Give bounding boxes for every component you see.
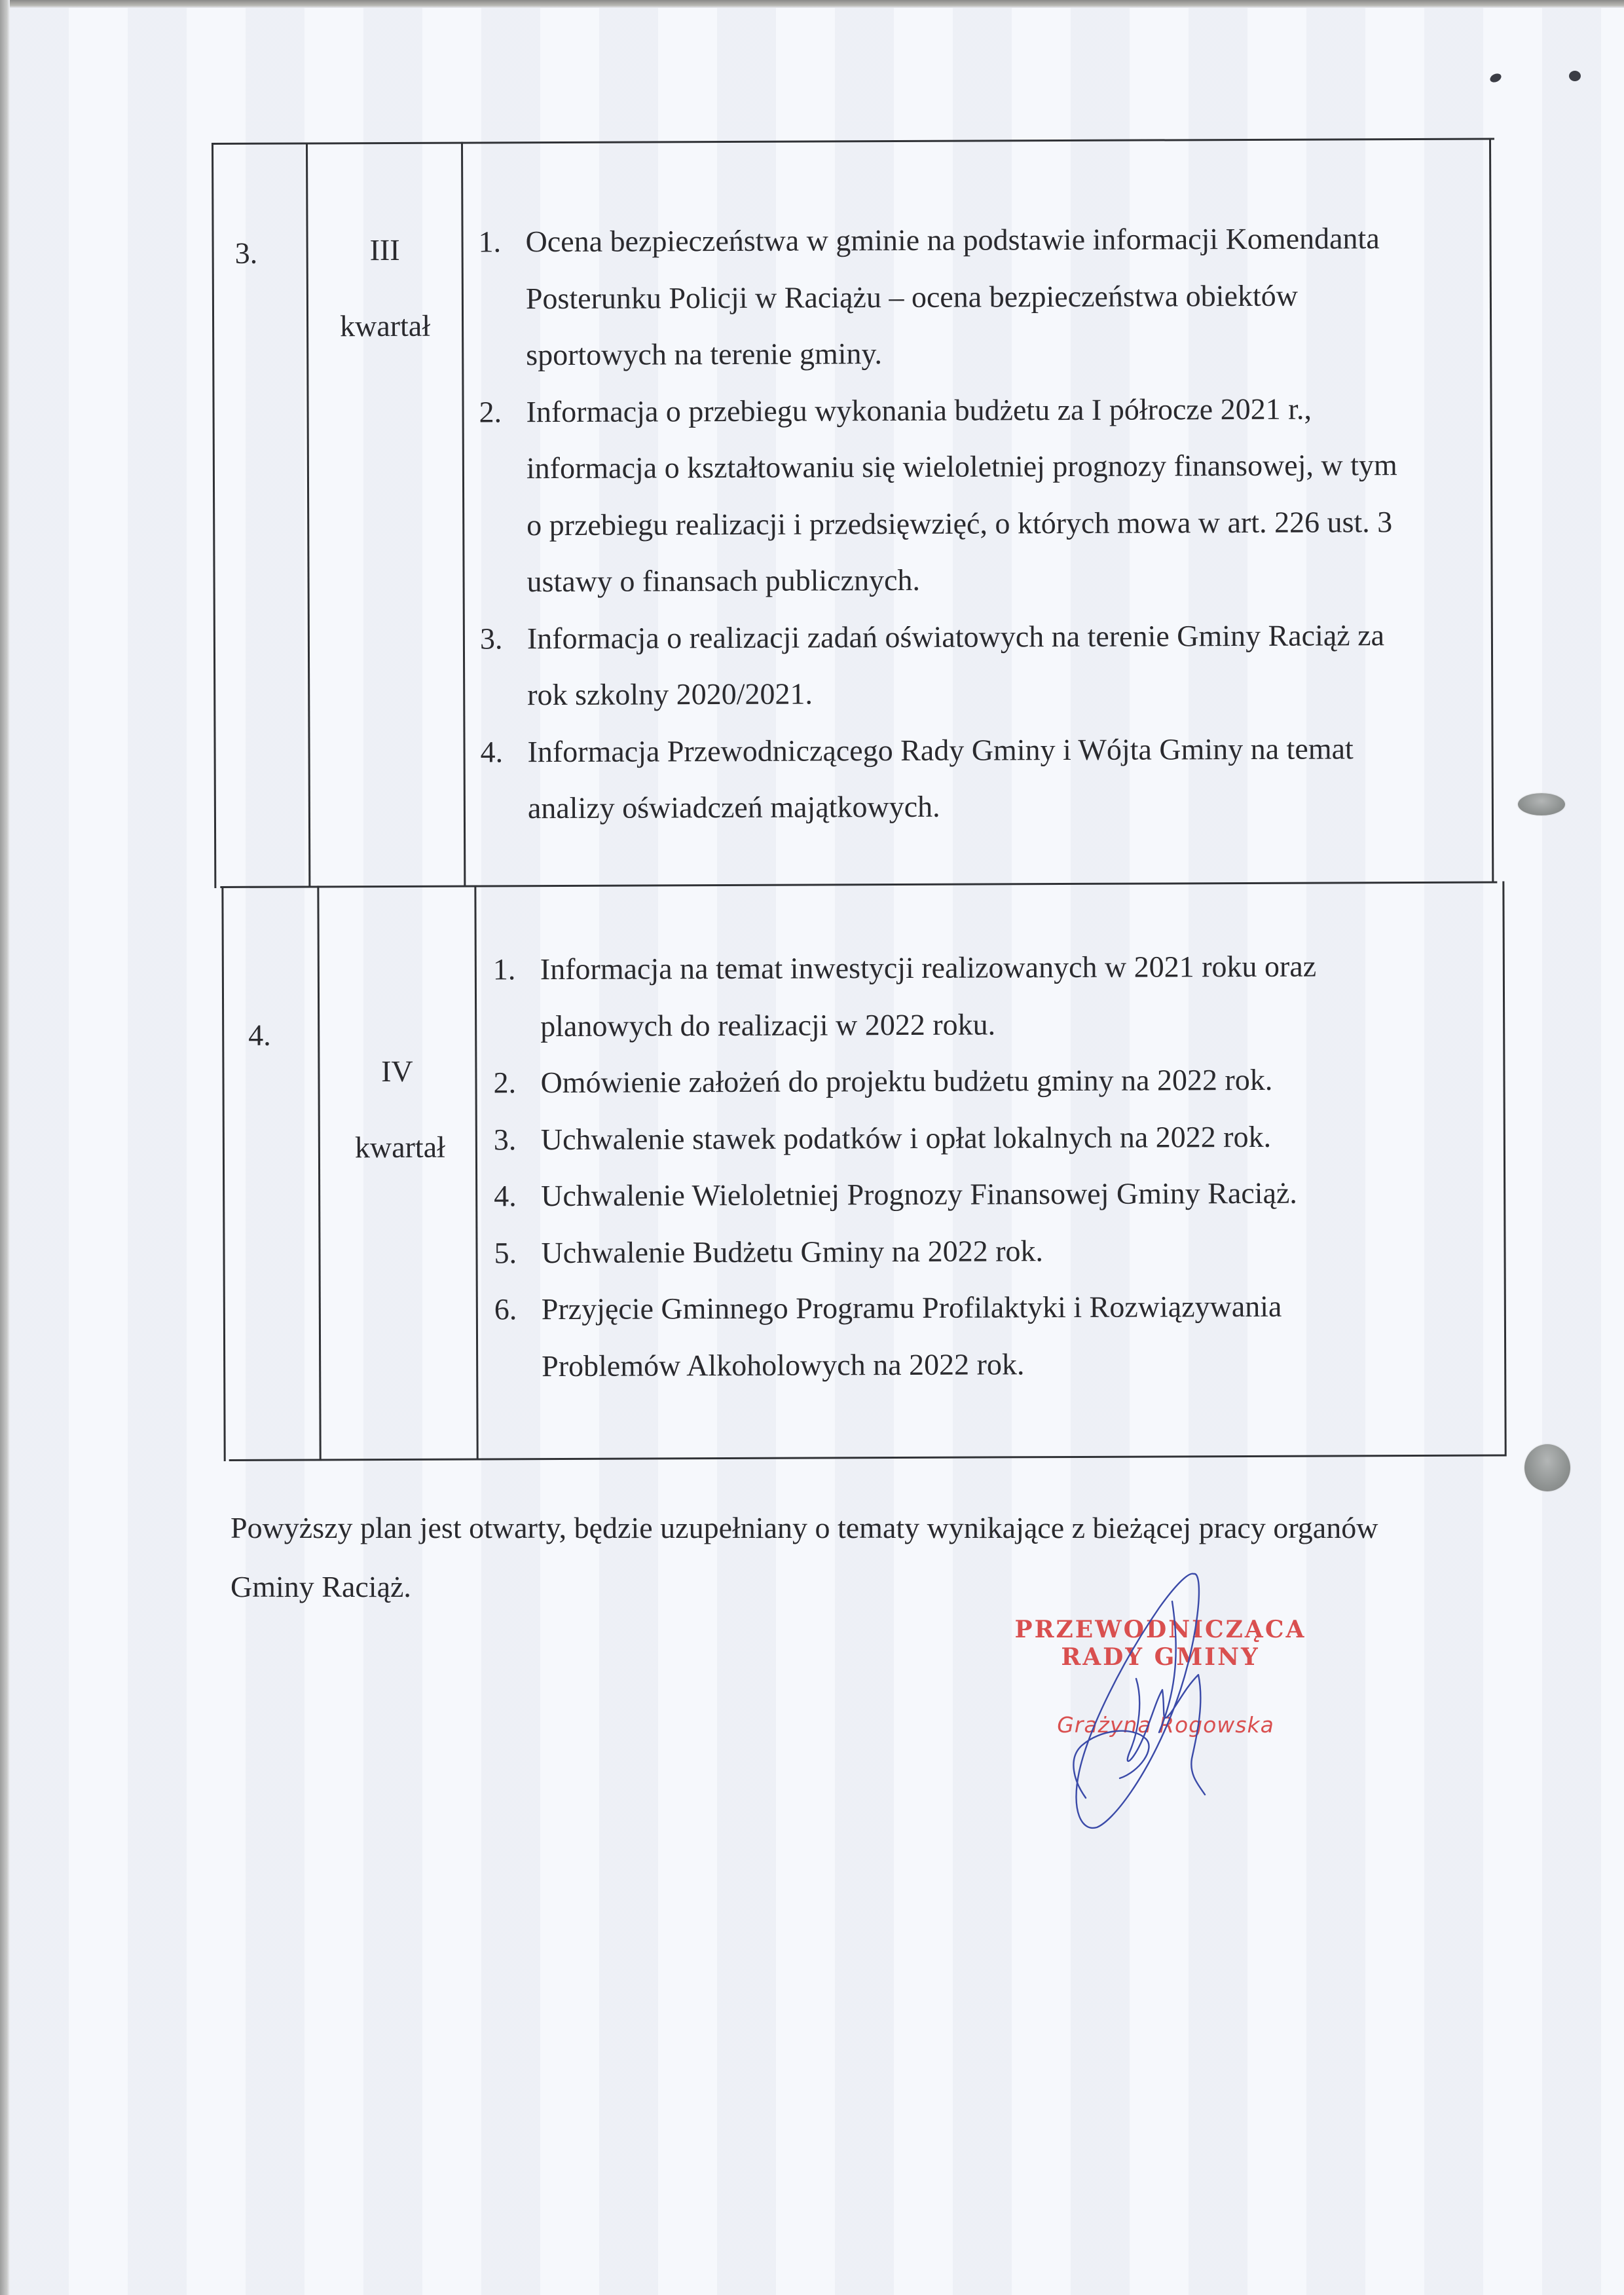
row-number: 4. <box>248 1020 271 1051</box>
quarter-roman: IV <box>322 1056 472 1087</box>
agenda-item-number: 1. <box>493 937 516 1001</box>
scan-edge-top <box>0 0 1624 8</box>
agenda-item-text: o przebiegu realizacji i przedsięwzięć, … <box>526 490 1392 557</box>
ink-speck <box>1569 71 1581 81</box>
agenda-item-text: Posterunku Policji w Raciążu – ocena bez… <box>526 263 1298 331</box>
agenda-item-number: 2. <box>479 380 502 444</box>
table-border-left <box>221 886 225 1461</box>
agenda-item-text: Informacja na temat inwestycji realizowa… <box>540 935 1317 1002</box>
agenda-item-number: 6. <box>494 1277 517 1341</box>
agenda-item-number: 2. <box>493 1051 516 1115</box>
handwritten-signature <box>1008 1562 1283 1837</box>
agenda-item-text: Uchwalenie Budżetu Gminy na 2022 rok. <box>541 1219 1043 1285</box>
scan-edge-left <box>0 0 10 2295</box>
closing-paragraph-line-2: Gminy Raciąż. <box>231 1572 411 1602</box>
agenda-item-text: Przyjęcie Gminnego Programu Profilaktyki… <box>542 1275 1282 1341</box>
closing-paragraph-line-1: Powyższy plan jest otwarty, będzie uzupe… <box>231 1513 1378 1543</box>
agenda-item-text: Problemów Alkoholowych na 2022 rok. <box>542 1332 1025 1398</box>
agenda-item-text: Informacja o realizacji zadań oświatowyc… <box>527 603 1384 671</box>
agenda-item-number: 4. <box>480 720 503 784</box>
agenda-item-number: 4. <box>494 1164 517 1228</box>
agenda-item-number: 1. <box>478 210 501 274</box>
quarter-label: kwartał <box>310 311 460 342</box>
agenda-item-number: 3. <box>494 1108 517 1172</box>
agenda-item-text: Uchwalenie Wieloletniej Prognozy Finanso… <box>541 1161 1297 1228</box>
table-border-right <box>1489 138 1494 884</box>
agenda-item-text: planowych do realizacji w 2022 roku. <box>540 992 995 1058</box>
agenda-item-text: Informacja Przewodniczącego Rady Gminy i… <box>527 717 1354 784</box>
agenda-item-text: rok szkolny 2020/2021. <box>527 662 813 728</box>
agenda-item-text: ustawy o finansach publicznych. <box>526 548 920 614</box>
agenda-item-text: analizy oświadczeń majątkowych. <box>528 775 940 840</box>
quarter-roman: III <box>310 235 460 266</box>
quarter-label: kwartał <box>325 1132 475 1163</box>
schedule-table: 3. III kwartał 1.Ocena bezpieczeństwa w … <box>216 138 1504 1461</box>
column-divider-2 <box>461 142 466 887</box>
agenda-item-text: sportowych na terenie gminy. <box>526 322 882 387</box>
column-divider-1 <box>317 886 321 1461</box>
agenda-item-number: 5. <box>494 1221 517 1285</box>
punch-hole-lower <box>1524 1444 1570 1491</box>
row-divider <box>220 881 1497 887</box>
agenda-item-number: 3. <box>480 606 503 671</box>
row-number: 3. <box>235 238 258 269</box>
punch-hole-upper <box>1518 793 1565 815</box>
column-divider-2 <box>474 885 478 1460</box>
